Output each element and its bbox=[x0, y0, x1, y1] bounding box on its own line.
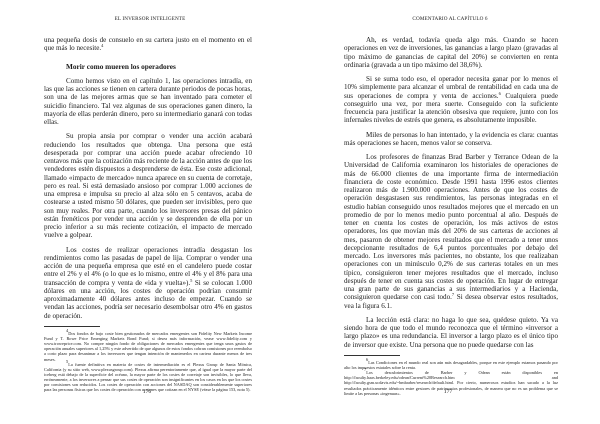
footnotes: 4Dos fondos de bajo coste bien gestionad… bbox=[44, 331, 252, 393]
paragraph: Ah, es verdad, todavía queda algo más. C… bbox=[344, 36, 558, 69]
paragraph: una pequeña dosis de consuelo en su cart… bbox=[44, 36, 252, 53]
paragraph: Miles de personas lo han intentado, y la… bbox=[344, 131, 558, 148]
footnote: 5La fuente definitiva en materia de cost… bbox=[44, 362, 252, 393]
right-page: COMENTARIO AL CAPÍTULO 6 Ah, es verdad, … bbox=[300, 0, 600, 424]
footnote: 4Dos fondos de bajo coste bien gestionad… bbox=[44, 331, 252, 362]
running-head: EL INVERSOR INTELIGENTE bbox=[0, 16, 300, 22]
section-heading: Morir como mueren los operadores bbox=[66, 63, 252, 71]
paragraph: Si se suma todo eso, el operador necesit… bbox=[344, 75, 558, 125]
page-number: 177 bbox=[298, 389, 598, 395]
paragraph: Los costes de realizar operaciones intra… bbox=[44, 246, 252, 320]
footnote-divider bbox=[44, 326, 100, 327]
page-body: una pequeña dosis de consuelo en su cart… bbox=[44, 36, 252, 393]
paragraph: Los profesores de finanzas Brad Barber y… bbox=[344, 153, 558, 310]
paragraph: Su propia ansia por comprar o vender una… bbox=[44, 132, 252, 239]
paragraph: Como hemos visto en el capítulo 1, las o… bbox=[44, 77, 252, 127]
left-page: EL INVERSOR INTELIGENTE una pequeña dosi… bbox=[0, 0, 300, 424]
page-number: 176 bbox=[0, 389, 297, 395]
footnote: 6Las Condiciones en el mundo real son aú… bbox=[344, 360, 558, 370]
footnote-ref[interactable]: 4 bbox=[101, 43, 103, 48]
paragraph: La lección está clara: no haga lo que se… bbox=[344, 316, 558, 349]
running-head: COMENTARIO AL CAPÍTULO 6 bbox=[300, 16, 600, 22]
footnote-divider bbox=[344, 355, 400, 356]
page-body: Ah, es verdad, todavía queda algo más. C… bbox=[344, 36, 558, 396]
